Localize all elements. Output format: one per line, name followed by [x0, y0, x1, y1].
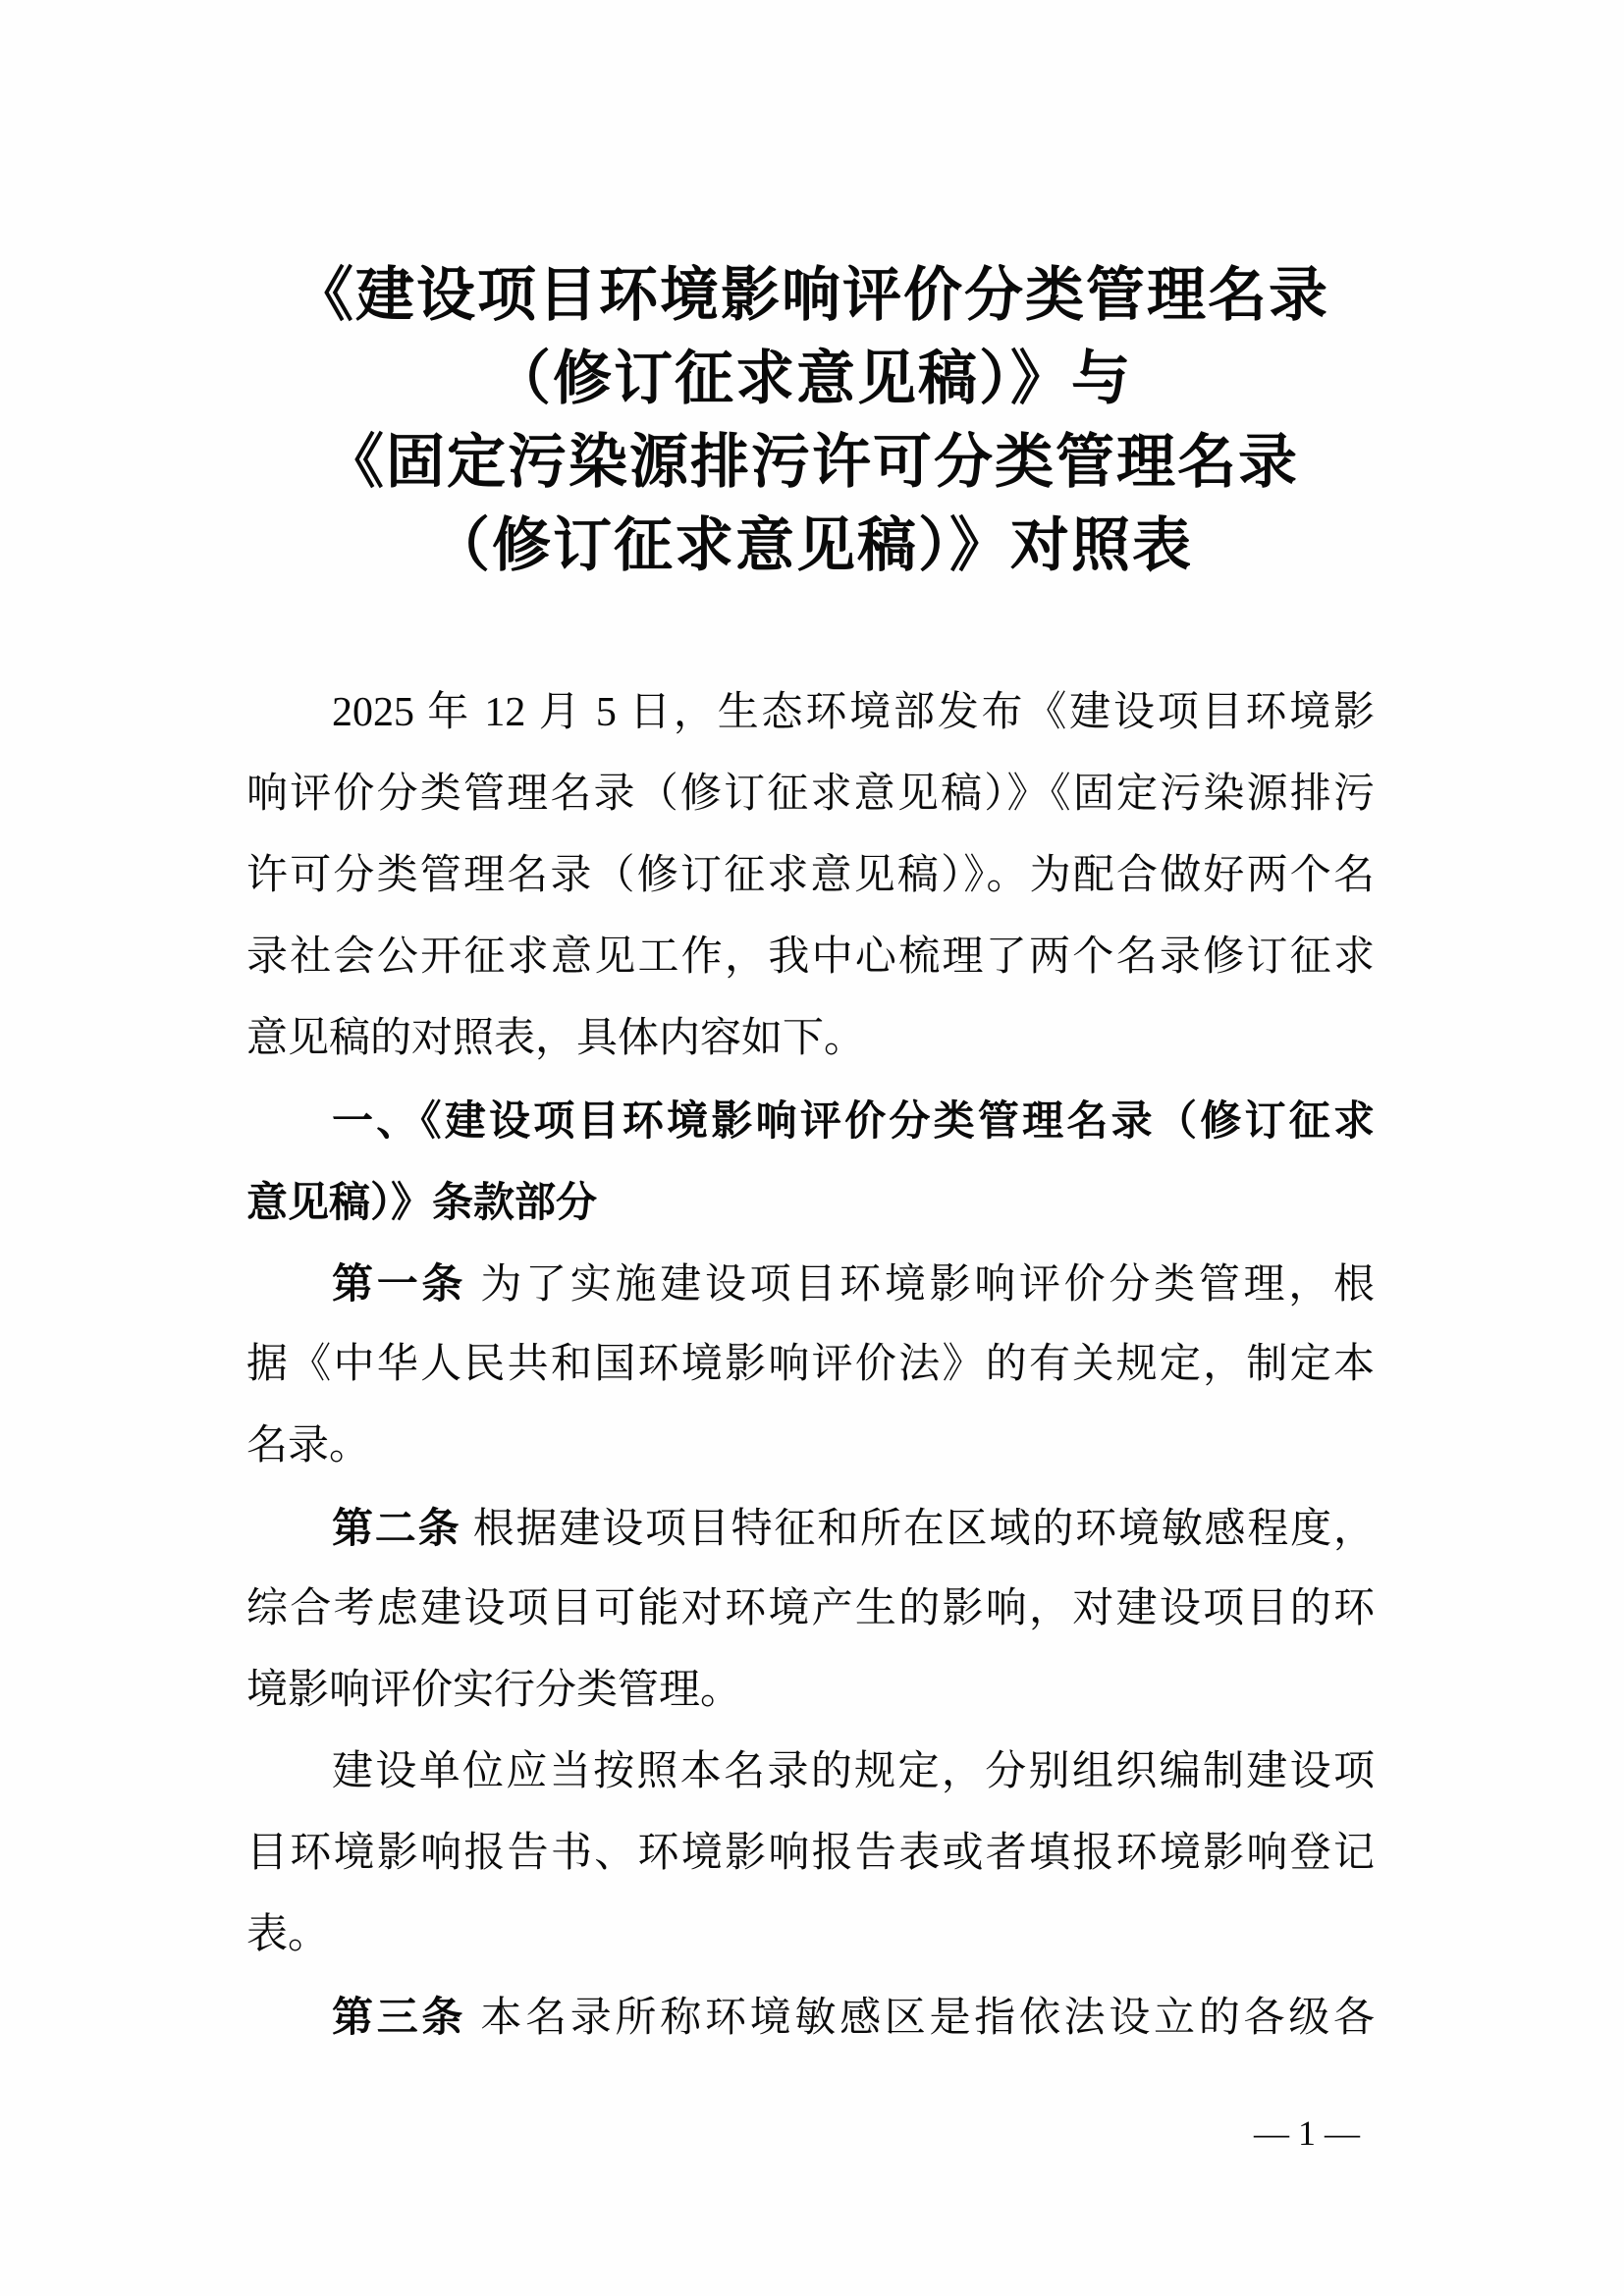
intro-paragraph-line-3: 许可分类管理名录（修订征求意见稿）》。为配合做好两个名 [246, 835, 1375, 917]
clause-1-clause-number: 第一条 [332, 1260, 466, 1307]
section-1-heading-line-1: 一、《建设项目环境影响评价分类管理名录（修订征求 [246, 1080, 1375, 1161]
intro-paragraph-line-4: 录社会公开征求意见工作，我中心梳理了两个名录修订征求 [246, 917, 1375, 998]
page-footer: — 1 — [1254, 2112, 1360, 2154]
title-line-2: （修订征求意见稿）》与 [247, 338, 1377, 421]
document-page: 《建设项目环境影响评价分类管理名录 （修订征求意见稿）》与 《固定污染源排污许可… [0, 0, 1624, 2296]
clause-2-line-3: 境影响评价实行分类管理。 [246, 1650, 1375, 1732]
clause-3-clause-number: 第三条 [332, 1994, 466, 2040]
intro-paragraph-line-1: 2025 年 12 月 5 日，生态环境部发布《建设项目环境影 [246, 672, 1375, 754]
title-line-1: 《建设项目环境影响评价分类管理名录 [247, 254, 1377, 338]
clause-2-paragraph-2-line-2: 目环境影响报告书、环境影响报告表或者填报环境影响登记 [246, 1813, 1375, 1895]
intro-paragraph-line-5: 意见稿的对照表，具体内容如下。 [246, 998, 1375, 1080]
intro-paragraph-line-2: 响评价分类管理名录（修订征求意见稿）》《固定污染源排污 [246, 754, 1375, 835]
clause-1-line-3: 名录。 [246, 1406, 1375, 1487]
clause-1-line-1: 第一条 为了实施建设项目环境影响评价分类管理，根 [246, 1243, 1375, 1324]
clause-2-paragraph-2-line-3: 表。 [246, 1895, 1375, 1976]
section-1-heading-line-2: 意见稿）》条款部分 [246, 1161, 1375, 1243]
document-title: 《建设项目环境影响评价分类管理名录 （修订征求意见稿）》与 《固定污染源排污许可… [247, 254, 1377, 588]
clause-2-line-2: 综合考虑建设项目可能对环境产生的影响，对建设项目的环 [246, 1569, 1375, 1650]
document-body: 2025 年 12 月 5 日，生态环境部发布《建设项目环境影响评价分类管理名录… [246, 672, 1375, 2057]
clause-2-paragraph-2-line-1: 建设单位应当按照本名录的规定，分别组织编制建设项 [246, 1732, 1375, 1813]
title-line-4: （修订征求意见稿）》对照表 [247, 505, 1377, 588]
clause-2-clause-number: 第二条 [332, 1505, 460, 1551]
title-line-3: 《固定污染源排污许可分类管理名录 [247, 421, 1377, 505]
page-number: — 1 — [1254, 2113, 1360, 2153]
clause-3-line-1: 第三条 本名录所称环境敏感区是指依法设立的各级各 [246, 1976, 1375, 2057]
clause-2-line-1: 第二条 根据建设项目特征和所在区域的环境敏感程度， [246, 1487, 1375, 1569]
clause-1-line-2: 据《中华人民共和国环境影响评价法》的有关规定，制定本 [246, 1324, 1375, 1406]
